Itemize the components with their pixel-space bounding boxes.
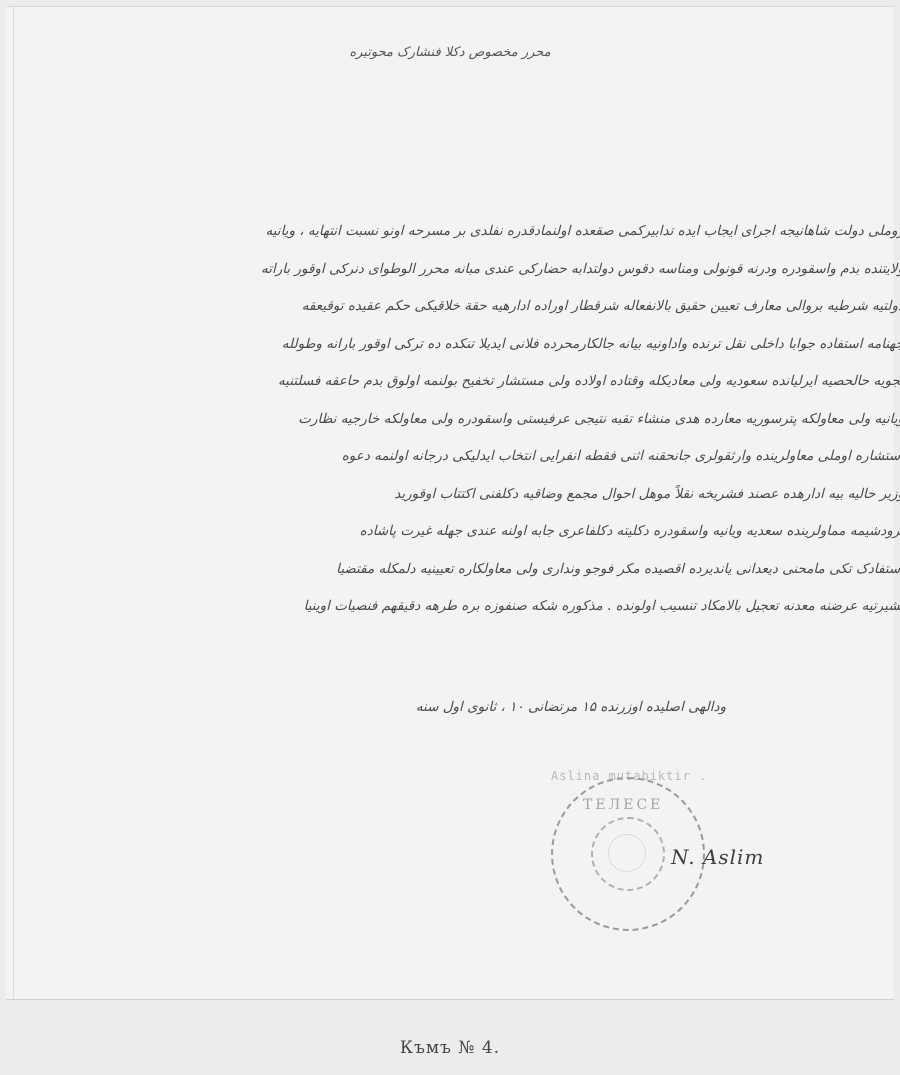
body-line: روملی دولت شاهانیجه اجرای ایجاب ایده تدا… — [139, 217, 900, 255]
date-line: ودالهی اصلیده اوزرنده ۱۵ مرتضانی ۱۰ ، ثا… — [286, 699, 726, 715]
document-heading: محرر مخصوص دکلا فنشارک محوتیره — [6, 45, 894, 60]
figure-caption: Къмъ № 4. — [0, 1038, 900, 1058]
body-line: ولایتنده بدم واسقودره ودرنه قونولی ومناس… — [139, 255, 900, 293]
page-edge-line — [13, 7, 14, 999]
body-line: دولتیه شرطیه بروالی معارف تعیین حقیق بال… — [139, 292, 900, 330]
stamp-text: ТЕЛЕСЕ — [583, 797, 663, 813]
body-line: نشیرتیه عرضنه معدنه تعجیل بالامکاد تنسیب… — [139, 592, 900, 630]
body-line: جهنامه استفاده جوابا داخلی نقل ترنده واد… — [139, 330, 900, 368]
body-line: بجویه حالحصیه ایرلیانده سعودیه ولی معادی… — [139, 367, 900, 405]
letter-body: روملی دولت شاهانیجه اجرای ایجاب ایده تدا… — [139, 217, 900, 630]
body-line: وزیر حالیه بیه ادارهده عصند فشریخه نقلاً… — [139, 480, 900, 518]
body-line: ویانیه ولی معاولکه پترسوریه معارده هدی م… — [139, 405, 900, 443]
body-line: برودشیمه مماولرینده سعدیه ویانیه واسقودر… — [139, 517, 900, 555]
body-line: استشاره اوملی معاولرینده وارثقولری جانحق… — [139, 442, 900, 480]
stamp-core — [608, 834, 646, 872]
document-page: محرر مخصوص دکلا فنشارک محوتیره روملی دول… — [6, 6, 894, 1000]
body-line: استفادک تکی مامحنی دیعدانی یاندیرده اقصی… — [139, 555, 900, 593]
signature: N. Aslim — [671, 845, 764, 869]
